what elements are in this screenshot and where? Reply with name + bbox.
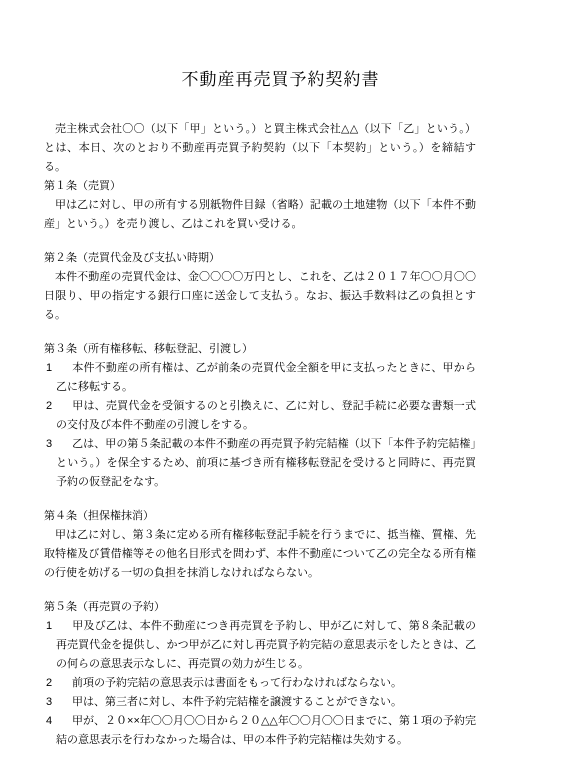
article-2: 第２条（売買代金及び支払い時期） 本件不動産の売買代金は、金〇〇〇〇万円とし、こ… bbox=[44, 249, 476, 325]
article-5-heading: 第５条（再売買の予約） bbox=[44, 598, 476, 617]
article-3-item-1: 1本件不動産の所有権は、乙が前条の売買代金全額を甲に支払ったときに、甲から乙に移… bbox=[44, 359, 476, 397]
document-title: 不動産再売買予約契約書 bbox=[0, 0, 561, 92]
article-1-paragraph: 甲は乙に対し、甲の所有する別紙物件目録（省略）記載の土地建物（以下「本件不動産」… bbox=[44, 196, 476, 234]
article-2-heading: 第２条（売買代金及び支払い時期） bbox=[44, 249, 476, 268]
article-3-item-2: 2甲は、売買代金を受領するのと引換えに、乙に対し、登記手続に必要な書類一式の交付… bbox=[44, 397, 476, 435]
item-number: 2 bbox=[44, 674, 72, 693]
article-5-item-2: 2前項の予約完結の意思表示は書面をもって行わなければならない。 bbox=[44, 674, 476, 693]
item-text: 乙は、甲の第５条記載の本件不動産の再売買予約完結権（以下「本件予約完結権」という… bbox=[56, 438, 476, 488]
article-4-paragraph: 甲は乙に対し、第３条に定める所有権移転登記手続を行うまでに、抵当権、質権、先取特… bbox=[44, 526, 476, 583]
item-text: 甲は、第三者に対し、本件予約完結権を譲渡することができない。 bbox=[72, 696, 402, 708]
item-text: 甲が、２０××年〇〇月〇〇日から２０△△年〇〇月〇〇日までに、第１項の予約完結の… bbox=[56, 715, 476, 746]
item-number: 4 bbox=[44, 712, 72, 731]
item-text: 甲及び乙は、本件不動産につき再売買を予約し、甲が乙に対して、第８条記載の再売買代… bbox=[56, 620, 476, 670]
item-text: 甲は、売買代金を受領するのと引換えに、乙に対し、登記手続に必要な書類一式の交付及… bbox=[56, 400, 476, 431]
article-3: 第３条（所有権移転、移転登記、引渡し） 1本件不動産の所有権は、乙が前条の売買代… bbox=[44, 340, 476, 492]
item-number: 1 bbox=[44, 617, 72, 636]
item-number: 3 bbox=[44, 435, 72, 454]
article-5-item-3: 3甲は、第三者に対し、本件予約完結権を譲渡することができない。 bbox=[44, 693, 476, 712]
item-text: 前項の予約完結の意思表示は書面をもって行わなければならない。 bbox=[72, 677, 402, 689]
contract-page: 不動産再売買予約契約書 売主株式会社〇〇（以下「甲」という。）と買主株式会社△△… bbox=[0, 0, 561, 781]
document-body: 売主株式会社〇〇（以下「甲」という。）と買主株式会社△△（以下「乙」という。）と… bbox=[44, 120, 476, 750]
article-5-item-4: 4甲が、２０××年〇〇月〇〇日から２０△△年〇〇月〇〇日までに、第１項の予約完結… bbox=[44, 712, 476, 750]
article-5: 第５条（再売買の予約） 1甲及び乙は、本件不動産につき再売買を予約し、甲が乙に対… bbox=[44, 598, 476, 750]
article-2-paragraph: 本件不動産の売買代金は、金〇〇〇〇万円とし、これを、乙は２０１７年〇〇月〇〇日限… bbox=[44, 268, 476, 325]
item-number: 2 bbox=[44, 397, 72, 416]
article-4: 第４条（担保権抹消） 甲は乙に対し、第３条に定める所有権移転登記手続を行うまでに… bbox=[44, 507, 476, 583]
article-1-heading: 第１条（売買） bbox=[44, 177, 476, 196]
article-1: 第１条（売買） 甲は乙に対し、甲の所有する別紙物件目録（省略）記載の土地建物（以… bbox=[44, 177, 476, 234]
article-3-heading: 第３条（所有権移転、移転登記、引渡し） bbox=[44, 340, 476, 359]
article-3-item-3: 3乙は、甲の第５条記載の本件不動産の再売買予約完結権（以下「本件予約完結権」とい… bbox=[44, 435, 476, 492]
article-4-heading: 第４条（担保権抹消） bbox=[44, 507, 476, 526]
item-number: 3 bbox=[44, 693, 72, 712]
article-5-item-1: 1甲及び乙は、本件不動産につき再売買を予約し、甲が乙に対して、第８条記載の再売買… bbox=[44, 617, 476, 674]
item-text: 本件不動産の所有権は、乙が前条の売買代金全額を甲に支払ったときに、甲から乙に移転… bbox=[56, 362, 476, 393]
item-number: 1 bbox=[44, 359, 72, 378]
intro-paragraph: 売主株式会社〇〇（以下「甲」という。）と買主株式会社△△（以下「乙」という。）と… bbox=[44, 120, 476, 177]
